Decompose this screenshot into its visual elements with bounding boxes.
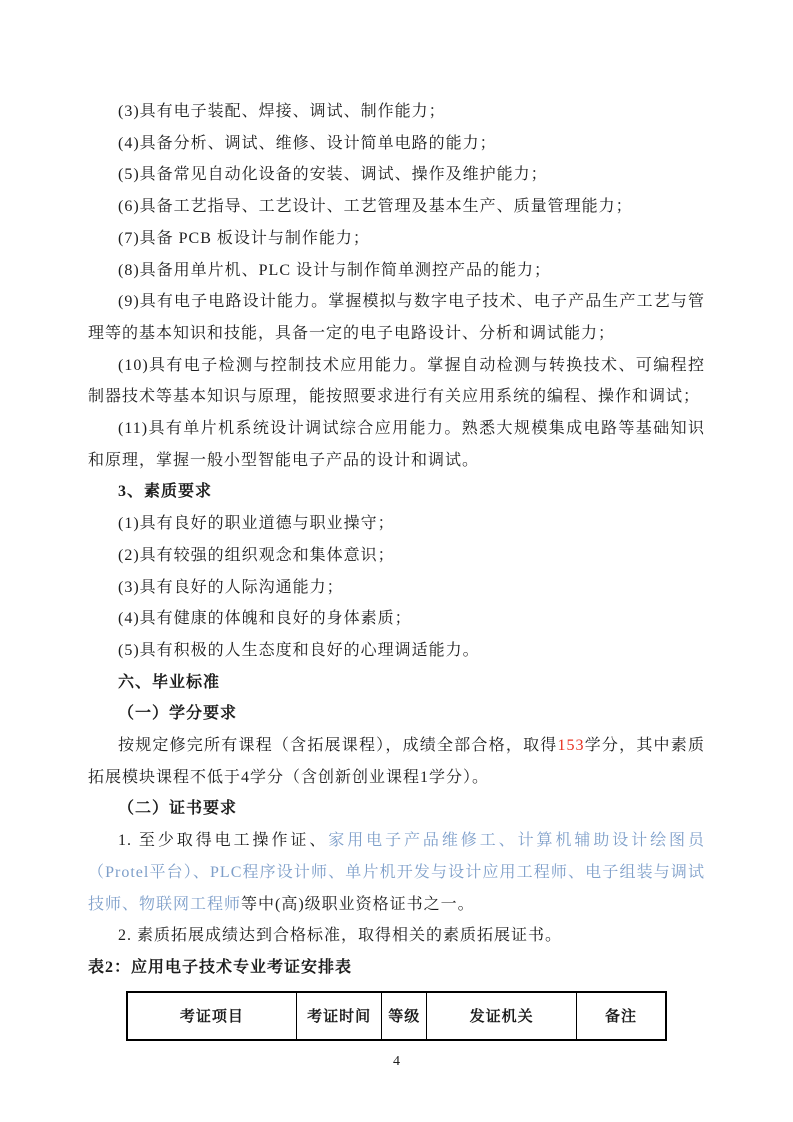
quality-item-4: (4)具有健康的体魄和良好的身体素质； — [88, 603, 705, 635]
cert1-text-before: 1. 至少取得电工操作证、 — [118, 832, 328, 849]
credit-requirements-heading: （一）学分要求 — [88, 698, 705, 730]
quality-item-5: (5)具有积极的人生态度和良好的心理调适能力。 — [88, 635, 705, 667]
credit-requirements-text: 按规定修完所有课程（含拓展课程），成绩全部合格，取得153学分，其中素质拓展模块… — [88, 730, 705, 793]
ability-item-5: (5)具备常见自动化设备的安装、调试、操作及维护能力； — [88, 159, 705, 191]
ability-item-11: (11)具有单片机系统设计调试综合应用能力。熟悉大规模集成电路等基础知识和原理，… — [88, 413, 705, 476]
quality-item-2: (2)具有较强的组织观念和集体意识； — [88, 540, 705, 572]
ability-item-9: (9)具有电子电路设计能力。掌握模拟与数字电子技术、电子产品生产工艺与管理等的基… — [88, 286, 705, 349]
document-page: (3)具有电子装配、焊接、调试、制作能力； (4)具备分析、调试、维修、设计简单… — [0, 0, 793, 1122]
page-number: 4 — [88, 1054, 705, 1070]
certificate-item-1: 1. 至少取得电工操作证、家用电子产品维修工、计算机辅助设计绘图员（Protel… — [88, 825, 705, 920]
ability-item-10: (10)具有电子检测与控制技术应用能力。掌握自动检测与转换技术、可编程控制器技术… — [88, 350, 705, 413]
quality-requirements-heading: 3、素质要求 — [88, 476, 705, 508]
header-cell-issuer: 发证机关 — [427, 992, 577, 1040]
credit-total-highlight: 153 — [558, 737, 585, 754]
table-header-row: 考证项目 考证时间 等级 发证机关 备注 — [127, 992, 666, 1040]
ability-item-6: (6)具备工艺指导、工艺设计、工艺管理及基本生产、质量管理能力； — [88, 191, 705, 223]
table2-title: 表2：应用电子技术专业考证安排表 — [88, 952, 705, 984]
ability-item-7: (7)具备 PCB 板设计与制作能力； — [88, 223, 705, 255]
certificate-requirements-heading: （二）证书要求 — [88, 793, 705, 825]
header-cell-note: 备注 — [576, 992, 666, 1040]
ability-item-3: (3)具有电子装配、焊接、调试、制作能力； — [88, 96, 705, 128]
header-cell-time: 考证时间 — [296, 992, 382, 1040]
document-body: (3)具有电子装配、焊接、调试、制作能力； (4)具备分析、调试、维修、设计简单… — [88, 96, 705, 1070]
header-cell-project: 考证项目 — [127, 992, 296, 1040]
ability-item-8: (8)具备用单片机、PLC 设计与制作简单测控产品的能力； — [88, 255, 705, 287]
ability-item-4: (4)具备分析、调试、维修、设计简单电路的能力； — [88, 128, 705, 160]
quality-item-3: (3)具有良好的人际沟通能力； — [88, 572, 705, 604]
certificate-item-2: 2. 素质拓展成绩达到合格标准，取得相关的素质拓展证书。 — [88, 920, 705, 952]
header-cell-level: 等级 — [382, 992, 427, 1040]
quality-item-1: (1)具有良好的职业道德与职业操守； — [88, 508, 705, 540]
credit-text-before: 按规定修完所有课程（含拓展课程），成绩全部合格，取得 — [118, 737, 558, 754]
graduation-standard-heading: 六、毕业标准 — [88, 667, 705, 699]
certification-schedule-table: 考证项目 考证时间 等级 发证机关 备注 — [126, 991, 667, 1041]
cert1-text-after: 等中(高)级职业资格证书之一。 — [241, 896, 475, 913]
